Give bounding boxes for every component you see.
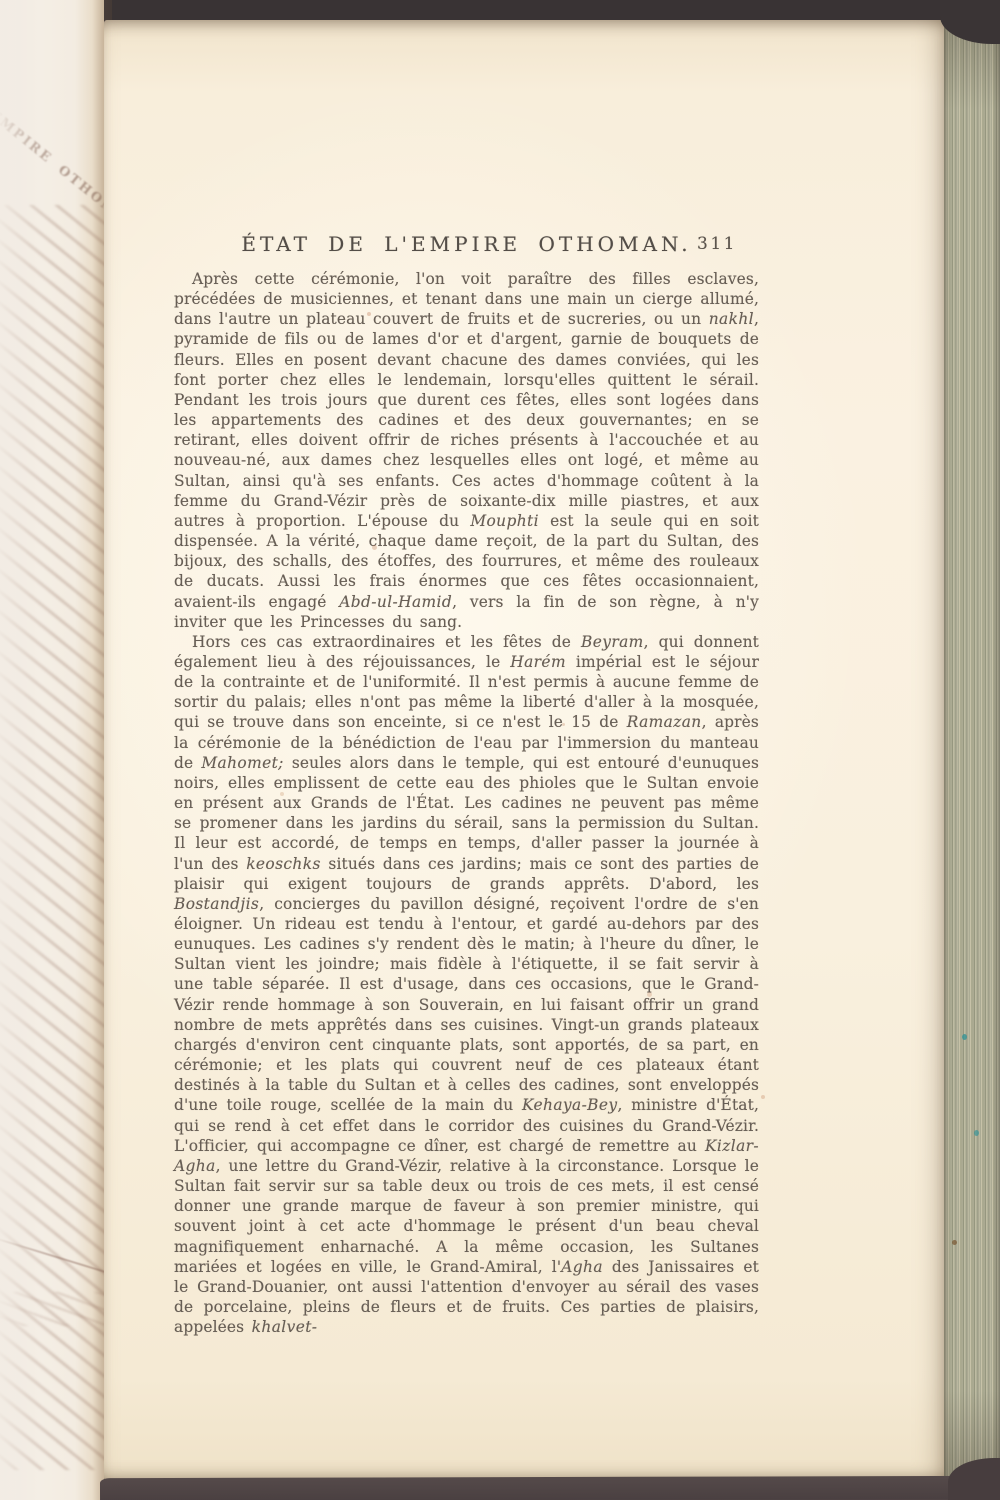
italic-term: Abd-ul-Hamid (339, 593, 452, 611)
italic-term: Mahomet; (201, 754, 283, 772)
fore-edge-pages (944, 22, 1000, 1478)
italic-term: Bostandjis (174, 895, 259, 913)
fore-edge-speck (962, 1034, 967, 1040)
body-text: Après cette cérémonie, l'on voit paraîtr… (174, 269, 759, 1337)
italic-term: keoschks (246, 855, 321, 873)
text-segment: , concierges du pavillon désigné, reçoiv… (174, 895, 759, 1115)
text-segment: , pyramide de fils ou de lames d'or et d… (174, 310, 759, 530)
text-segment: Après cette cérémonie, l'on voit paraîtr… (174, 270, 759, 328)
fore-edge-speck (974, 1130, 979, 1136)
page-header: ÉTAT DE L'EMPIRE OTHOMAN. 311 (174, 232, 759, 266)
previous-page: L'EMPIRE OTHOMAN (0, 0, 104, 1500)
italic-term: Mouphti (470, 512, 539, 530)
italic-term: Agha (561, 1258, 603, 1276)
paragraph: Après cette cérémonie, l'on voit paraîtr… (174, 269, 759, 632)
running-title: ÉTAT DE L'EMPIRE OTHOMAN. (174, 232, 759, 256)
italic-term: khalvet- (252, 1318, 318, 1336)
page-number: 311 (697, 234, 737, 254)
text-segment: Hors ces cas extraordinaires et les fête… (192, 633, 581, 651)
italic-term: nakhl (709, 310, 754, 328)
paragraph: Hors ces cas extraordinaires et les fête… (174, 632, 759, 1337)
current-page: ÉTAT DE L'EMPIRE OTHOMAN. 311 Après cett… (104, 20, 944, 1479)
italic-term: Harém (510, 653, 566, 671)
italic-term: Beyram (581, 633, 644, 651)
book-photograph: L'EMPIRE OTHOMAN ÉTAT DE L'EMPIRE OTHOMA… (0, 0, 1000, 1500)
fore-edge-shading (944, 22, 1000, 1478)
fore-edge-speck (952, 1240, 957, 1245)
foxing-spot (761, 1095, 765, 1099)
italic-term: Kehaya-Bey (522, 1096, 617, 1114)
table-surface (100, 1476, 1000, 1500)
page-fade-overlay (0, 0, 104, 1500)
italic-term: Ramazan (627, 713, 702, 731)
